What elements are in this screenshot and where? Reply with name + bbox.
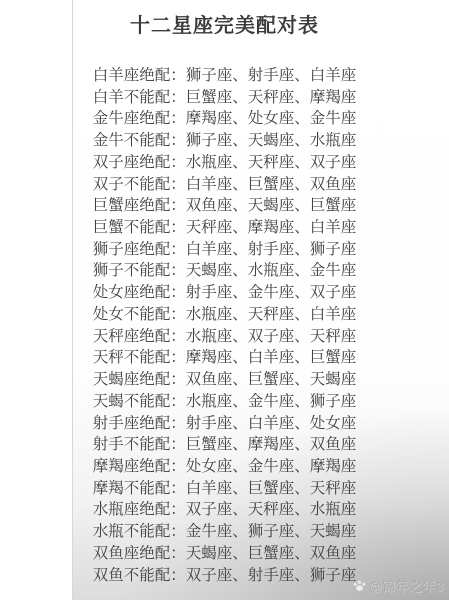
- match-row: 射手座绝配：射手座、白羊座、处女座: [0, 413, 449, 435]
- row-label: 双鱼不能配：: [93, 567, 186, 584]
- match-row: 双子不能配：白羊座、巨蟹座、双鱼座: [0, 174, 449, 196]
- row-label: 狮子不能配：: [93, 262, 186, 279]
- row-label: 双鱼座绝配：: [93, 545, 186, 562]
- page-title: 十二星座完美配对表: [0, 12, 449, 40]
- match-rows: 白羊座绝配：狮子座、射手座、白羊座 白羊不能配：巨蟹座、天秤座、摩羯座 金牛座绝…: [0, 65, 449, 586]
- row-label: 水瓶座绝配：: [93, 501, 186, 518]
- match-row: 巨蟹不能配：天秤座、摩羯座、白羊座: [0, 217, 449, 239]
- zodiac-match-table: 十二星座完美配对表 白羊座绝配：狮子座、射手座、白羊座 白羊不能配：巨蟹座、天秤…: [0, 0, 449, 600]
- match-row: 白羊不能配：巨蟹座、天秤座、摩羯座: [0, 87, 449, 109]
- match-row: 金牛座绝配：摩羯座、处女座、金牛座: [0, 108, 449, 130]
- row-matches: 射手座、白羊座、处女座: [186, 415, 357, 432]
- row-matches: 双子座、天秤座、水瓶座: [186, 501, 357, 518]
- match-row: 狮子座绝配：白羊座、射手座、狮子座: [0, 239, 449, 261]
- watermark-text: @锦年之年3: [369, 576, 444, 595]
- row-label: 摩羯不能配：: [93, 480, 186, 497]
- row-label: 天蝎座绝配：: [93, 371, 186, 388]
- row-matches: 金牛座、狮子座、天蝎座: [186, 523, 357, 540]
- match-row: 狮子不能配：天蝎座、水瓶座、金牛座: [0, 260, 449, 282]
- row-matches: 白羊座、巨蟹座、双鱼座: [186, 176, 357, 193]
- screenshot-root: 十二星座完美配对表 白羊座绝配：狮子座、射手座、白羊座 白羊不能配：巨蟹座、天秤…: [0, 0, 449, 600]
- row-label: 巨蟹座绝配：: [93, 197, 186, 214]
- match-row: 双子座绝配：水瓶座、天秤座、双子座: [0, 152, 449, 174]
- match-row: 天秤不能配：摩羯座、白羊座、巨蟹座: [0, 347, 449, 369]
- row-matches: 射手座、金牛座、双子座: [186, 284, 357, 301]
- row-label: 摩羯座绝配：: [93, 458, 186, 475]
- row-matches: 双鱼座、巨蟹座、天蝎座: [186, 371, 357, 388]
- match-row: 金牛不能配：狮子座、天蝎座、水瓶座: [0, 130, 449, 152]
- match-row: 双鱼座绝配：天蝎座、巨蟹座、双鱼座: [0, 543, 449, 565]
- match-row: 天蝎座绝配：双鱼座、巨蟹座、天蝎座: [0, 369, 449, 391]
- row-matches: 水瓶座、双子座、天秤座: [186, 328, 357, 345]
- row-label: 狮子座绝配：: [93, 241, 186, 258]
- row-matches: 白羊座、巨蟹座、天秤座: [186, 480, 357, 497]
- row-matches: 处女座、金牛座、摩羯座: [186, 458, 357, 475]
- match-row: 摩羯座绝配：处女座、金牛座、摩羯座: [0, 456, 449, 478]
- row-label: 射手座绝配：: [93, 415, 186, 432]
- match-row: 摩羯不能配：白羊座、巨蟹座、天秤座: [0, 478, 449, 500]
- row-matches: 天秤座、摩羯座、白羊座: [186, 219, 357, 236]
- row-label: 金牛座绝配：: [93, 110, 186, 127]
- row-matches: 摩羯座、白羊座、巨蟹座: [186, 349, 357, 366]
- match-row: 水瓶座绝配：双子座、天秤座、水瓶座: [0, 499, 449, 521]
- row-matches: 天蝎座、水瓶座、金牛座: [186, 262, 357, 279]
- row-label: 巨蟹不能配：: [93, 219, 186, 236]
- row-label: 水瓶不能配：: [93, 523, 186, 540]
- row-label: 处女座绝配：: [93, 284, 186, 301]
- row-matches: 狮子座、天蝎座、水瓶座: [186, 132, 357, 149]
- row-label: 天秤不能配：: [93, 349, 186, 366]
- row-matches: 巨蟹座、天秤座、摩羯座: [186, 89, 357, 106]
- row-label: 金牛不能配：: [93, 132, 186, 149]
- row-matches: 狮子座、射手座、白羊座: [186, 67, 357, 84]
- row-label: 白羊座绝配：: [93, 67, 186, 84]
- row-matches: 水瓶座、天秤座、双子座: [186, 154, 357, 171]
- row-matches: 天蝎座、巨蟹座、双鱼座: [186, 545, 357, 562]
- match-row: 天秤座绝配：水瓶座、双子座、天秤座: [0, 326, 449, 348]
- paw-icon: [353, 580, 366, 592]
- match-row: 白羊座绝配：狮子座、射手座、白羊座: [0, 65, 449, 87]
- row-matches: 巨蟹座、摩羯座、双鱼座: [186, 436, 357, 453]
- row-matches: 水瓶座、天秤座、白羊座: [186, 306, 357, 323]
- row-label: 天秤座绝配：: [93, 328, 186, 345]
- row-label: 白羊不能配：: [93, 89, 186, 106]
- row-label: 处女不能配：: [93, 306, 186, 323]
- row-label: 射手不能配：: [93, 436, 186, 453]
- row-label: 双子座绝配：: [93, 154, 186, 171]
- match-row: 射手不能配：巨蟹座、摩羯座、双鱼座: [0, 434, 449, 456]
- match-row: 处女座绝配：射手座、金牛座、双子座: [0, 282, 449, 304]
- match-row: 巨蟹座绝配：双鱼座、天蝎座、巨蟹座: [0, 195, 449, 217]
- row-label: 天蝎不能配：: [93, 393, 186, 410]
- row-matches: 摩羯座、处女座、金牛座: [186, 110, 357, 127]
- row-matches: 白羊座、射手座、狮子座: [186, 241, 357, 258]
- match-row: 处女不能配：水瓶座、天秤座、白羊座: [0, 304, 449, 326]
- match-row: 水瓶不能配：金牛座、狮子座、天蝎座: [0, 521, 449, 543]
- row-matches: 双鱼座、天蝎座、巨蟹座: [186, 197, 357, 214]
- row-label: 双子不能配：: [93, 176, 186, 193]
- match-row: 天蝎不能配：水瓶座、金牛座、狮子座: [0, 391, 449, 413]
- row-matches: 水瓶座、金牛座、狮子座: [186, 393, 357, 410]
- watermark: @锦年之年3: [353, 576, 444, 595]
- row-matches: 双子座、射手座、狮子座: [186, 567, 357, 584]
